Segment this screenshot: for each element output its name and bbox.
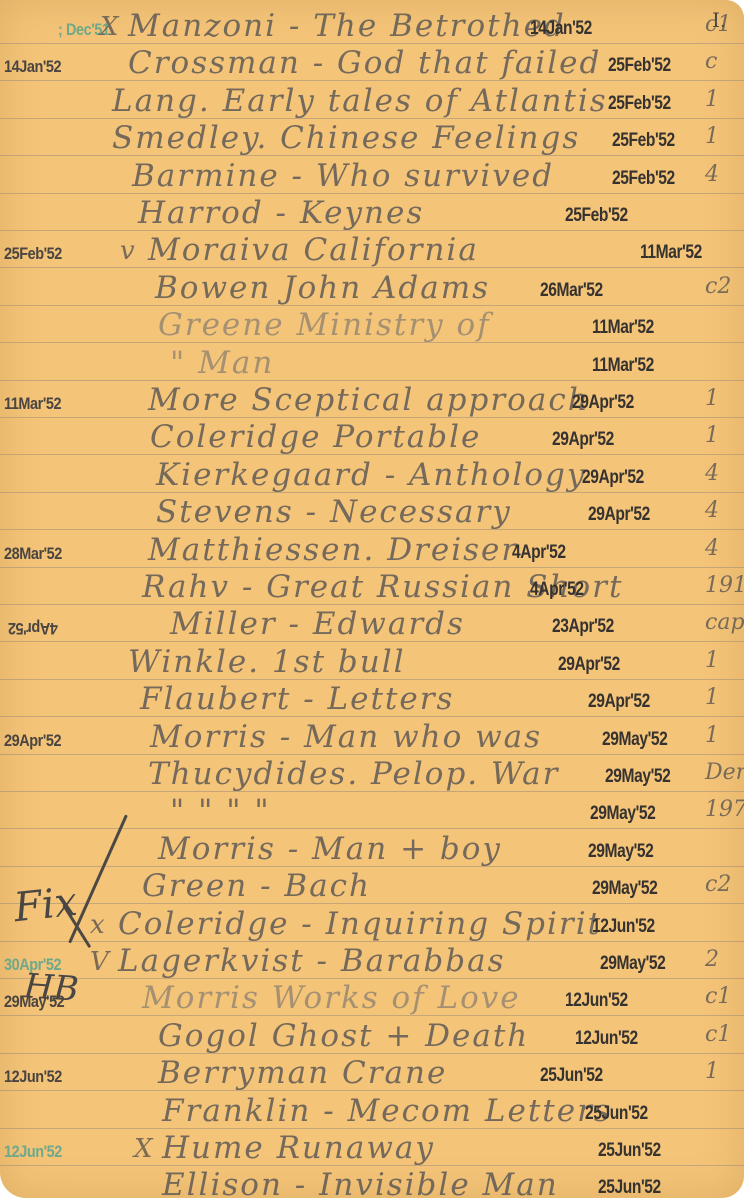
log-entry-row: 25Feb'52vMoraiva California11Mar'52	[0, 232, 744, 269]
log-entry-row: 29Apr'52Morris - Man who was29May'521	[0, 719, 744, 756]
log-entry-row: Rahv - Great Russian Short4Apr'521917	[0, 569, 744, 606]
checkout-date-stamp: 28Mar'52	[4, 544, 62, 564]
return-date-stamp: 11Mar'52	[592, 355, 654, 377]
return-date-stamp: 11Mar'52	[592, 317, 654, 339]
margin-note: Dent	[705, 760, 744, 785]
checkout-date-stamp: 25Feb'52	[4, 244, 62, 264]
log-entry-row: " " " "29May'521973	[0, 793, 744, 830]
return-date-stamp: 29Apr'52	[558, 654, 620, 676]
book-title-entry: Lang. Early tales of Atlantis	[112, 83, 608, 119]
margin-note: 1	[705, 423, 719, 448]
book-title-entry: Berryman Crane	[158, 1055, 447, 1091]
margin-note: 1	[705, 685, 719, 710]
margin-note: c	[705, 49, 717, 74]
checkout-date-stamp: 29Apr'52	[4, 731, 61, 751]
return-date-stamp: 25Jun'52	[598, 1140, 661, 1162]
log-entry-row: ; Dec'51XManzoni - The Betrothed14Jan'52…	[0, 8, 744, 45]
return-date-stamp: 14Jan'52	[530, 18, 592, 40]
log-entry-row: 12Jun'52Berryman Crane25Jun'521	[0, 1055, 744, 1092]
return-date-stamp: 12Jun'52	[565, 990, 628, 1012]
return-date-stamp: 25Feb'52	[608, 93, 671, 115]
log-entry-row: Flaubert - Letters29Apr'521	[0, 681, 744, 718]
margin-note: 4	[705, 162, 719, 187]
log-entry-row: Ellison - Invisible Man25Jun'52	[0, 1167, 744, 1198]
margin-note: c2	[705, 872, 731, 897]
log-entry-row: Kierkegaard - Anthology29Apr'524	[0, 457, 744, 494]
book-title-entry: Lagerkvist - Barabbas	[118, 943, 505, 979]
book-title-entry: Winkle. 1st bull	[128, 644, 406, 680]
margin-initials-hb: HB	[23, 966, 80, 1010]
return-date-stamp: 11Mar'52	[640, 242, 702, 264]
return-date-stamp: 29Apr'52	[588, 504, 650, 526]
margin-note: 4	[705, 498, 719, 523]
return-date-stamp: 25Feb'52	[565, 205, 628, 227]
margin-note: 1917	[705, 573, 744, 598]
return-date-stamp: 29May'52	[590, 803, 655, 825]
book-title-entry: Coleridge - Inquiring Spirit	[118, 906, 602, 942]
return-date-stamp: 25Jun'52	[598, 1177, 661, 1198]
log-entry-row: " Man 11Mar'52	[0, 345, 744, 382]
margin-note: c1	[705, 1022, 731, 1047]
return-date-stamp: 26Mar'52	[540, 280, 603, 302]
return-date-stamp: 29Apr'52	[552, 429, 614, 451]
return-date-stamp: 29Apr'52	[582, 467, 644, 489]
book-title-entry: Crossman - God that failed	[128, 45, 601, 81]
return-date-stamp: 25Jun'52	[540, 1065, 603, 1087]
margin-note: 1	[705, 723, 719, 748]
return-date-stamp: 29May'52	[592, 878, 657, 900]
return-date-stamp: 4Apr'52	[512, 542, 566, 564]
book-title-entry: Smedley. Chinese Feelings	[112, 120, 580, 156]
return-date-stamp: 4Apr'52	[530, 579, 584, 601]
book-title-entry: Matthiessen. Dreiser	[148, 532, 518, 568]
log-entry-row: Barmine - Who survived25Feb'524	[0, 158, 744, 195]
margin-note: 1	[705, 124, 719, 149]
margin-note: c1	[705, 12, 731, 37]
log-entry-row: Stevens - Necessary29Apr'524	[0, 494, 744, 531]
book-title-entry: Kierkegaard - Anthology	[156, 457, 586, 493]
margin-note: cap 13	[705, 610, 744, 635]
margin-note: 1	[705, 87, 719, 112]
log-entry-row: 12Jun'52XHume Runaway25Jun'52	[0, 1130, 744, 1167]
book-title-entry: More Sceptical approach	[148, 382, 590, 418]
return-date-stamp: 25Feb'52	[608, 55, 671, 77]
entry-prefix-mark: v	[120, 236, 135, 266]
return-date-stamp: 29May'52	[600, 953, 665, 975]
checkout-date-stamp: 11Mar'52	[4, 394, 61, 414]
margin-note: c2	[705, 274, 731, 299]
margin-note: 4	[705, 536, 719, 561]
margin-initials-fix: Fix	[12, 879, 80, 931]
book-title-entry: Harrod - Keynes	[138, 195, 424, 231]
checkout-date-stamp: 4Apr'52	[8, 618, 57, 638]
book-title-entry: " " " "	[170, 793, 271, 829]
checkout-date-stamp: 12Jun'52	[4, 1067, 62, 1087]
log-entry-row: Green - Bach29May'52c2	[0, 868, 744, 905]
return-date-stamp: 25Feb'52	[612, 168, 675, 190]
log-entry-row: Harrod - Keynes25Feb'52	[0, 195, 744, 232]
log-entry-row: Franklin - Mecom Letters25Jun'52	[0, 1093, 744, 1130]
checkout-date-stamp: 12Jun'52	[4, 1142, 62, 1162]
book-title-entry: Miller - Edwards	[170, 606, 465, 642]
book-title-entry: Franklin - Mecom Letters	[162, 1093, 612, 1129]
log-entry-row: 14Jan'52Crossman - God that failed25Feb'…	[0, 45, 744, 82]
log-entry-row: 29May'52Morris Works of Love12Jun'52c1	[0, 980, 744, 1017]
book-title-entry: Bowen John Adams	[155, 270, 490, 306]
margin-note: c1	[705, 984, 731, 1009]
log-entry-row: Gogol Ghost + Death12Jun'52c1	[0, 1018, 744, 1055]
return-date-stamp: 29Apr'52	[588, 691, 650, 713]
entry-prefix-mark: X	[134, 1134, 153, 1164]
reading-log-card: I. ; Dec'51XManzoni - The Betrothed14Jan…	[0, 0, 744, 1198]
margin-note: 1	[705, 386, 719, 411]
return-date-stamp: 29May'52	[605, 766, 670, 788]
log-entry-row: 30Apr'52VLagerkvist - Barabbas29May'522	[0, 943, 744, 980]
log-entry-row: Greene Ministry of11Mar'52	[0, 307, 744, 344]
return-date-stamp: 23Apr'52	[552, 616, 614, 638]
log-entry-row: 28Mar'52Matthiessen. Dreiser4Apr'524	[0, 532, 744, 569]
book-title-entry: Gogol Ghost + Death	[158, 1018, 529, 1054]
margin-note: 4	[705, 461, 719, 486]
book-title-entry: Morris - Man + boy	[158, 831, 502, 867]
margin-note: 1	[705, 1059, 719, 1084]
return-date-stamp: 12Jun'52	[575, 1028, 638, 1050]
book-title-entry: Morris Works of Love	[142, 980, 521, 1016]
return-date-stamp: 29Apr'52	[572, 392, 634, 414]
book-title-entry: Greene Ministry of	[158, 307, 491, 343]
book-title-entry: Barmine - Who survived	[132, 158, 554, 194]
log-entry-row: 11Mar'52More Sceptical approach29Apr'521	[0, 382, 744, 419]
book-title-entry: Manzoni - The Betrothed	[128, 8, 566, 44]
log-entry-row: Thucydides. Pelop. War29May'52Dent	[0, 756, 744, 793]
book-title-entry: Morris - Man who was	[150, 719, 542, 755]
book-title-entry: Moraiva California	[148, 232, 479, 268]
log-entry-row: Lang. Early tales of Atlantis25Feb'521	[0, 83, 744, 120]
return-date-stamp: 25Jun'52	[585, 1103, 648, 1125]
entry-prefix-mark: x	[90, 910, 105, 940]
log-entry-row: Coleridge Portable29Apr'521	[0, 419, 744, 456]
book-title-entry: " Man	[170, 345, 274, 381]
margin-note: 1973	[705, 797, 744, 822]
checkout-date-stamp: 14Jan'52	[4, 57, 61, 77]
book-title-entry: Green - Bach	[142, 868, 371, 904]
book-title-entry: Flaubert - Letters	[140, 681, 454, 717]
book-title-entry: Stevens - Necessary	[156, 494, 512, 530]
margin-note: 1	[705, 648, 719, 673]
return-date-stamp: 12Jun'52	[592, 916, 655, 938]
book-title-entry: Ellison - Invisible Man	[162, 1167, 559, 1198]
log-entry-row: Winkle. 1st bull29Apr'521	[0, 644, 744, 681]
book-title-entry: Hume Runaway	[162, 1130, 435, 1166]
return-date-stamp: 29May'52	[588, 841, 653, 863]
log-entry-row: Smedley. Chinese Feelings25Feb'521	[0, 120, 744, 157]
entry-prefix-mark: X	[100, 12, 119, 42]
book-title-entry: Coleridge Portable	[150, 419, 481, 455]
log-entry-row: 4Apr'52Miller - Edwards23Apr'52cap 13	[0, 606, 744, 643]
return-date-stamp: 29May'52	[602, 729, 667, 751]
book-title-entry: Thucydides. Pelop. War	[148, 756, 559, 792]
return-date-stamp: 25Feb'52	[612, 130, 675, 152]
entry-prefix-mark: V	[90, 947, 109, 977]
log-entry-row: Bowen John Adams26Mar'52c2	[0, 270, 744, 307]
log-entry-row: xColeridge - Inquiring Spirit12Jun'52	[0, 906, 744, 943]
margin-note: 2	[705, 947, 719, 972]
